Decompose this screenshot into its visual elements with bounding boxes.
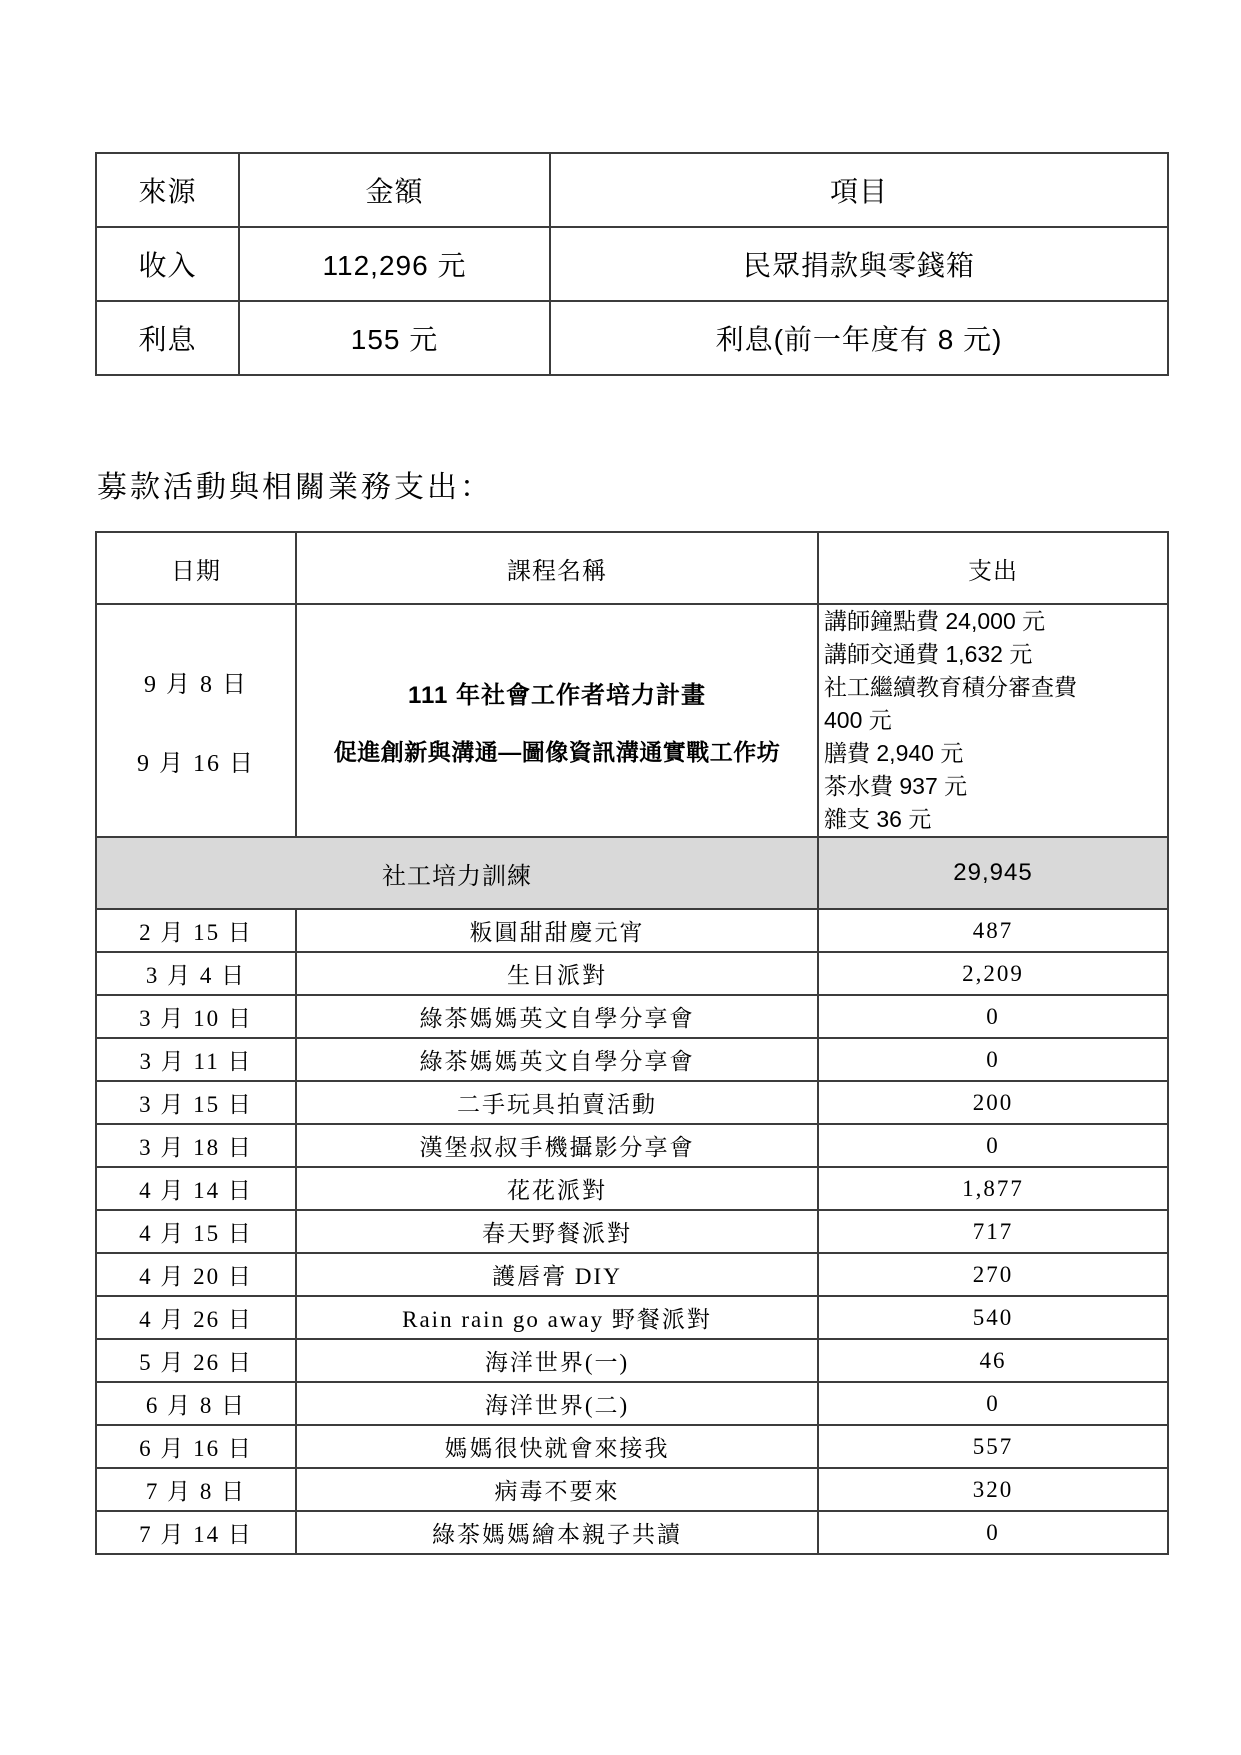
activity-row: 3 月 11 日綠茶媽媽英文自學分享會0 (96, 1038, 1168, 1081)
activity-date: 3 月 15 日 (96, 1081, 296, 1124)
activity-name: 海洋世界(一) (296, 1339, 818, 1382)
expense-line: 茶水費 937 元 (819, 770, 1167, 803)
interest-row: 利息 155 元 利息(前一年度有 8 元) (96, 301, 1168, 375)
income-item: 民眾捐款與零錢箱 (550, 227, 1168, 301)
income-header-item: 項目 (550, 153, 1168, 227)
expense-line: 講師交通費 1,632 元 (819, 638, 1167, 671)
activity-name: 粄圓甜甜慶元宵 (296, 909, 818, 952)
activity-name: 媽媽很快就會來接我 (296, 1425, 818, 1468)
activity-row: 3 月 10 日綠茶媽媽英文自學分享會0 (96, 995, 1168, 1038)
expense-header-expense: 支出 (818, 532, 1168, 604)
activity-name: 綠茶媽媽英文自學分享會 (296, 995, 818, 1038)
activity-row: 6 月 8 日海洋世界(二)0 (96, 1382, 1168, 1425)
activity-row: 2 月 15 日粄圓甜甜慶元宵487 (96, 909, 1168, 952)
activity-expense: 540 (818, 1296, 1168, 1339)
activity-row: 7 月 8 日病毒不要來320 (96, 1468, 1168, 1511)
income-amount: 112,296 元 (239, 227, 550, 301)
income-row: 收入 112,296 元 民眾捐款與零錢箱 (96, 227, 1168, 301)
interest-source: 利息 (96, 301, 239, 375)
document-page: 來源 金額 項目 收入 112,296 元 民眾捐款與零錢箱 利息 155 元 … (0, 0, 1241, 1755)
activity-name: 春天野餐派對 (296, 1210, 818, 1253)
activity-expense: 270 (818, 1253, 1168, 1296)
program-title-line2: 促進創新與溝通—圖像資訊溝通實戰工作坊 (297, 734, 817, 767)
expense-table: 日期 課程名稱 支出 9 月 8 日 9 月 16 日 111 年社會工作者培力… (95, 531, 1169, 1555)
activity-name: 海洋世界(二) (296, 1382, 818, 1425)
expense-header-date: 日期 (96, 532, 296, 604)
income-header-source: 來源 (96, 153, 239, 227)
expense-header-row: 日期 課程名稱 支出 (96, 532, 1168, 604)
activity-name: 花花派對 (296, 1167, 818, 1210)
activity-expense: 320 (818, 1468, 1168, 1511)
activity-row: 4 月 15 日春天野餐派對717 (96, 1210, 1168, 1253)
expense-line: 400 元 (819, 704, 1167, 737)
activity-expense: 1,877 (818, 1167, 1168, 1210)
activity-date: 7 月 14 日 (96, 1511, 296, 1554)
expense-line: 社工繼續教育積分審查費 (819, 671, 1167, 704)
program-expense-breakdown: 講師鐘點費 24,000 元 講師交通費 1,632 元 社工繼續教育積分審查費… (818, 604, 1168, 837)
income-source: 收入 (96, 227, 239, 301)
program-title: 111 年社會工作者培力計畫 促進創新與溝通—圖像資訊溝通實戰工作坊 (296, 604, 818, 837)
activity-row: 4 月 26 日Rain rain go away 野餐派對540 (96, 1296, 1168, 1339)
activity-expense: 0 (818, 1511, 1168, 1554)
activity-expense: 0 (818, 995, 1168, 1038)
activity-expense: 0 (818, 1382, 1168, 1425)
activity-row: 3 月 15 日二手玩具拍賣活動200 (96, 1081, 1168, 1124)
activity-date: 3 月 18 日 (96, 1124, 296, 1167)
activity-row: 5 月 26 日海洋世界(一)46 (96, 1339, 1168, 1382)
activity-row: 6 月 16 日媽媽很快就會來接我557 (96, 1425, 1168, 1468)
activity-date: 3 月 4 日 (96, 952, 296, 995)
subtotal-row: 社工培力訓練 29,945 (96, 837, 1168, 909)
activity-expense: 200 (818, 1081, 1168, 1124)
activity-expense: 2,209 (818, 952, 1168, 995)
activity-name: 生日派對 (296, 952, 818, 995)
activity-row: 7 月 14 日綠茶媽媽繪本親子共讀0 (96, 1511, 1168, 1554)
activity-name: Rain rain go away 野餐派對 (296, 1296, 818, 1339)
activity-name: 護唇膏 DIY (296, 1253, 818, 1296)
activity-expense: 487 (818, 909, 1168, 952)
expense-line: 膳費 2,940 元 (819, 737, 1167, 770)
activity-date: 5 月 26 日 (96, 1339, 296, 1382)
program-row: 9 月 8 日 9 月 16 日 111 年社會工作者培力計畫 促進創新與溝通—… (96, 604, 1168, 837)
activity-date: 6 月 8 日 (96, 1382, 296, 1425)
activity-date: 4 月 14 日 (96, 1167, 296, 1210)
activity-row: 4 月 20 日護唇膏 DIY270 (96, 1253, 1168, 1296)
activity-expense: 0 (818, 1038, 1168, 1081)
program-date-end: 9 月 16 日 (97, 743, 295, 778)
activity-name: 病毒不要來 (296, 1468, 818, 1511)
activity-date: 7 月 8 日 (96, 1468, 296, 1511)
expense-line: 雜支 36 元 (819, 803, 1167, 836)
activity-date: 3 月 11 日 (96, 1038, 296, 1081)
activity-expense: 717 (818, 1210, 1168, 1253)
income-summary-table: 來源 金額 項目 收入 112,296 元 民眾捐款與零錢箱 利息 155 元 … (95, 152, 1169, 376)
activity-name: 漢堡叔叔手機攝影分享會 (296, 1124, 818, 1167)
activity-date: 3 月 10 日 (96, 995, 296, 1038)
activity-expense: 46 (818, 1339, 1168, 1382)
activity-date: 2 月 15 日 (96, 909, 296, 952)
income-header-amount: 金額 (239, 153, 550, 227)
subtotal-amount: 29,945 (818, 837, 1168, 909)
program-dates: 9 月 8 日 9 月 16 日 (96, 604, 296, 837)
activity-date: 4 月 20 日 (96, 1253, 296, 1296)
activity-name: 綠茶媽媽英文自學分享會 (296, 1038, 818, 1081)
activity-name: 綠茶媽媽繪本親子共讀 (296, 1511, 818, 1554)
interest-item: 利息(前一年度有 8 元) (550, 301, 1168, 375)
activity-row: 4 月 14 日花花派對1,877 (96, 1167, 1168, 1210)
activity-row: 3 月 18 日漢堡叔叔手機攝影分享會0 (96, 1124, 1168, 1167)
expense-header-course: 課程名稱 (296, 532, 818, 604)
expense-line: 講師鐘點費 24,000 元 (819, 605, 1167, 638)
interest-amount: 155 元 (239, 301, 550, 375)
income-header-row: 來源 金額 項目 (96, 153, 1168, 227)
activity-expense: 557 (818, 1425, 1168, 1468)
activity-date: 4 月 26 日 (96, 1296, 296, 1339)
program-date-start: 9 月 8 日 (97, 664, 295, 699)
activity-date: 4 月 15 日 (96, 1210, 296, 1253)
subtotal-label: 社工培力訓練 (96, 837, 818, 909)
activity-row: 3 月 4 日生日派對2,209 (96, 952, 1168, 995)
activity-name: 二手玩具拍賣活動 (296, 1081, 818, 1124)
program-title-line1: 111 年社會工作者培力計畫 (297, 675, 817, 710)
activity-date: 6 月 16 日 (96, 1425, 296, 1468)
section-heading: 募款活動與相關業務支出： (97, 470, 493, 506)
activity-expense: 0 (818, 1124, 1168, 1167)
